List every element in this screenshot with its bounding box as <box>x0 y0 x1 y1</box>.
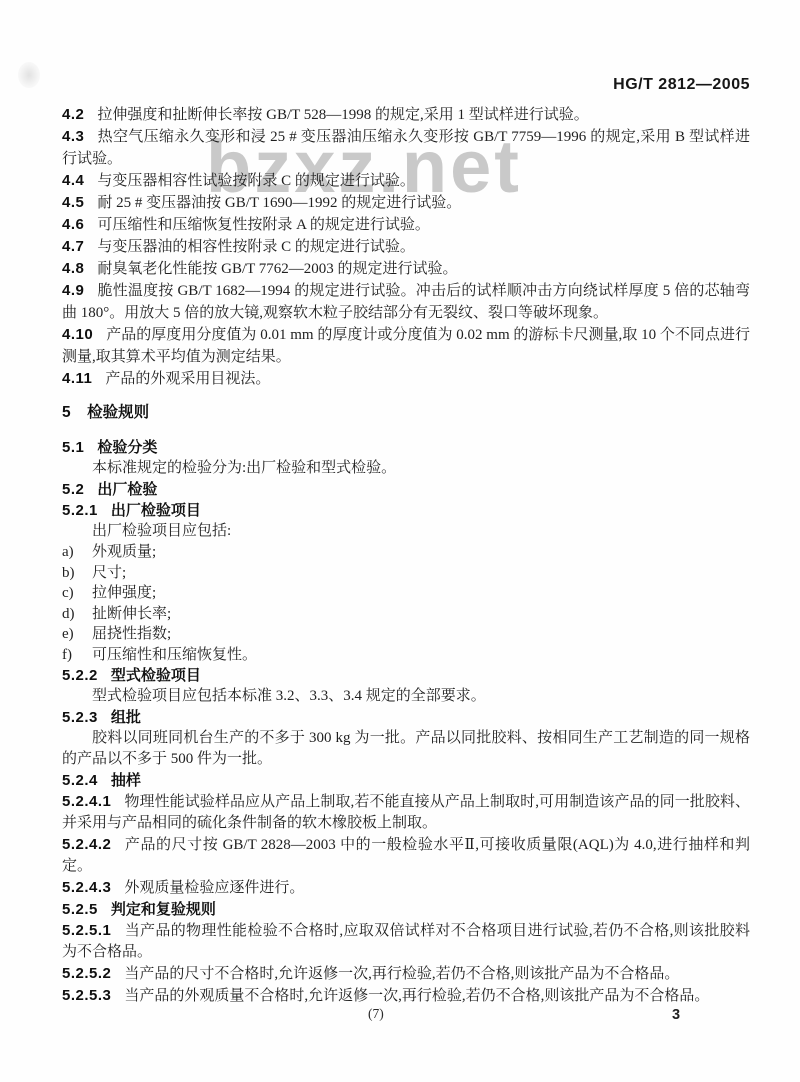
clause-text: 耐 25 # 变压器油按 GB/T 1690—1992 的规定进行试验。 <box>97 195 461 211</box>
list-marker: e) <box>62 624 92 645</box>
page-number: 3 <box>672 1007 680 1023</box>
clause-text: 产品的尺寸按 GB/T 2828—2003 中的一般检验水平Ⅱ,可接收质量限(A… <box>62 837 750 874</box>
clause-4-4: 4.4与变压器相容性试验按附录 C 的规定进行试验。 <box>62 170 750 192</box>
list-marker: c) <box>62 583 92 604</box>
para-5-1: 本标准规定的检验分为:出厂检验和型式检验。 <box>62 458 750 479</box>
footer-section-number: (7) <box>368 1006 384 1022</box>
section-number: 5.2.4 <box>62 772 98 789</box>
section-title: 型式检验项目 <box>111 667 201 684</box>
clause-4-2: 4.2拉伸强度和扯断伸长率按 GB/T 528—1998 的规定,采用 1 型试… <box>62 104 750 126</box>
list-item-d: d)扯断伸长率; <box>62 604 750 625</box>
clause-text: 耐臭氧老化性能按 GB/T 7762—2003 的规定进行试验。 <box>97 261 457 277</box>
clause-number: 4.5 <box>62 194 84 211</box>
clause-number: 5.2.5.2 <box>62 965 111 982</box>
clause-number: 5.2.5.1 <box>62 922 111 939</box>
clause-4-5: 4.5耐 25 # 变压器油按 GB/T 1690—1992 的规定进行试验。 <box>62 192 750 214</box>
section-number: 5.2.2 <box>62 667 98 684</box>
standard-code-header: HG/T 2812—2005 <box>613 76 750 94</box>
section-number: 5.2 <box>62 481 84 498</box>
clause-number: 4.4 <box>62 172 84 189</box>
clause-5-2-5-1: 5.2.5.1当产品的物理性能检验不合格时,应取双倍试样对不合格项目进行试验,若… <box>62 920 750 963</box>
section-number: 5.2.1 <box>62 502 98 519</box>
list-text: 可压缩性和压缩恢复性。 <box>92 647 257 663</box>
clause-4-11: 4.11产品的外观采用目视法。 <box>62 368 750 390</box>
clause-text: 当产品的尺寸不合格时,允许返修一次,再行检验,若仍不合格,则该批产品为不合格品。 <box>124 966 679 982</box>
document-page: bzxz.net HG/T 2812—2005 4.2拉伸强度和扯断伸长率按 G… <box>0 0 800 1082</box>
list-item-e: e)屈挠性指数; <box>62 624 750 645</box>
section-number: 5.2.5 <box>62 901 98 918</box>
para-5-2-2: 型式检验项目应包括本标准 3.2、3.3、3.4 规定的全部要求。 <box>62 686 750 707</box>
clause-number: 4.7 <box>62 238 84 255</box>
para-5-2-3: 胶料以同班同机台生产的不多于 300 kg 为一批。产品以同批胶料、按相同生产工… <box>62 728 750 770</box>
clause-text: 热空气压缩永久变形和浸 25 # 变压器油压缩永久变形按 GB/T 7759—1… <box>62 129 750 167</box>
document-body: 4.2拉伸强度和扯断伸长率按 GB/T 528—1998 的规定,采用 1 型试… <box>62 104 750 1007</box>
section-title: 抽样 <box>111 772 141 789</box>
clause-number: 5.2.5.3 <box>62 987 111 1004</box>
clause-4-8: 4.8耐臭氧老化性能按 GB/T 7762—2003 的规定进行试验。 <box>62 258 750 280</box>
section-title: 出厂检验 <box>97 481 157 498</box>
heading-5-2: 5.2出厂检验 <box>62 479 750 500</box>
clause-text: 与变压器油的相容性按附录 C 的规定进行试验。 <box>97 239 415 255</box>
clause-5-2-4-3: 5.2.4.3外观质量检验应逐件进行。 <box>62 877 750 899</box>
heading-5-2-1: 5.2.1出厂检验项目 <box>62 500 750 521</box>
clause-number: 4.3 <box>62 128 84 145</box>
clause-4-6: 4.6可压缩性和压缩恢复性按附录 A 的规定进行试验。 <box>62 214 750 236</box>
section-title: 判定和复验规则 <box>111 901 216 918</box>
para-5-2-1: 出厂检验项目应包括: <box>62 521 750 542</box>
clause-text: 当产品的物理性能检验不合格时,应取双倍试样对不合格项目进行试验,若仍不合格,则该… <box>62 923 750 960</box>
section-number: 5.1 <box>62 439 84 456</box>
clause-number: 4.6 <box>62 216 84 233</box>
clause-number: 4.10 <box>62 326 93 343</box>
list-item-a: a)外观质量; <box>62 542 750 563</box>
list-text: 屈挠性指数; <box>92 626 171 642</box>
section-number: 5 <box>62 404 71 421</box>
clause-text: 脆性温度按 GB/T 1682—1994 的规定进行试验。冲击后的试样顺冲击方向… <box>62 283 750 321</box>
clause-text: 产品的厚度用分度值为 0.01 mm 的厚度计或分度值为 0.02 mm 的游标… <box>62 327 750 365</box>
heading-5-2-2: 5.2.2型式检验项目 <box>62 665 750 686</box>
list-text: 扯断伸长率; <box>92 606 171 622</box>
section-5: 5检验规则 5.1检验分类 本标准规定的检验分为:出厂检验和型式检验。 5.2出… <box>62 402 750 1007</box>
list-item-f: f)可压缩性和压缩恢复性。 <box>62 645 750 666</box>
clause-5-2-4-2: 5.2.4.2产品的尺寸按 GB/T 2828—2003 中的一般检验水平Ⅱ,可… <box>62 834 750 877</box>
list-marker: a) <box>62 542 92 563</box>
section-5-heading: 5检验规则 <box>62 402 750 424</box>
clause-text: 可压缩性和压缩恢复性按附录 A 的规定进行试验。 <box>97 217 430 233</box>
list-text: 拉伸强度; <box>92 585 156 601</box>
heading-5-1: 5.1检验分类 <box>62 437 750 458</box>
section-title: 组批 <box>111 709 141 726</box>
list-marker: b) <box>62 563 92 584</box>
clause-text: 拉伸强度和扯断伸长率按 GB/T 528—1998 的规定,采用 1 型试样进行… <box>97 107 588 123</box>
clause-4-9: 4.9脆性温度按 GB/T 1682—1994 的规定进行试验。冲击后的试样顺冲… <box>62 280 750 324</box>
clause-number: 4.11 <box>62 370 92 387</box>
heading-5-2-5: 5.2.5判定和复验规则 <box>62 899 750 920</box>
section-title: 检验规则 <box>87 404 149 421</box>
clause-number: 5.2.4.3 <box>62 879 111 896</box>
list-item-b: b)尺寸; <box>62 563 750 584</box>
scan-artifact <box>18 62 40 88</box>
clause-5-2-4-1: 5.2.4.1物理性能试验样品应从产品上制取,若不能直接从产品上制取时,可用制造… <box>62 791 750 834</box>
clause-5-2-5-2: 5.2.5.2当产品的尺寸不合格时,允许返修一次,再行检验,若仍不合格,则该批产… <box>62 963 750 985</box>
clause-number: 5.2.4.1 <box>62 793 111 810</box>
section-title: 检验分类 <box>97 439 157 456</box>
clause-number: 4.9 <box>62 282 84 299</box>
clause-text: 产品的外观采用目视法。 <box>105 371 270 387</box>
clause-5-2-5-3: 5.2.5.3当产品的外观质量不合格时,允许返修一次,再行检验,若仍不合格,则该… <box>62 985 750 1007</box>
list-marker: f) <box>62 645 92 666</box>
list-text: 外观质量; <box>92 544 156 560</box>
clause-text: 物理性能试验样品应从产品上制取,若不能直接从产品上制取时,可用制造该产品的同一批… <box>62 794 750 831</box>
clause-text: 与变压器相容性试验按附录 C 的规定进行试验。 <box>97 173 415 189</box>
section-number: 5.2.3 <box>62 709 98 726</box>
section-title: 出厂检验项目 <box>111 502 201 519</box>
clause-4-3: 4.3热空气压缩永久变形和浸 25 # 变压器油压缩永久变形按 GB/T 775… <box>62 126 750 170</box>
clause-4-7: 4.7与变压器油的相容性按附录 C 的规定进行试验。 <box>62 236 750 258</box>
heading-5-2-3: 5.2.3组批 <box>62 707 750 728</box>
clause-text: 外观质量检验应逐件进行。 <box>124 880 304 896</box>
clause-text: 当产品的外观质量不合格时,允许返修一次,再行检验,若仍不合格,则该批产品为不合格… <box>124 988 709 1004</box>
heading-5-2-4: 5.2.4抽样 <box>62 770 750 791</box>
list-text: 尺寸; <box>92 565 126 581</box>
clause-number: 5.2.4.2 <box>62 836 111 853</box>
list-marker: d) <box>62 604 92 625</box>
clause-number: 4.2 <box>62 106 84 123</box>
list-item-c: c)拉伸强度; <box>62 583 750 604</box>
clause-number: 4.8 <box>62 260 84 277</box>
clause-4-10: 4.10产品的厚度用分度值为 0.01 mm 的厚度计或分度值为 0.02 mm… <box>62 324 750 368</box>
